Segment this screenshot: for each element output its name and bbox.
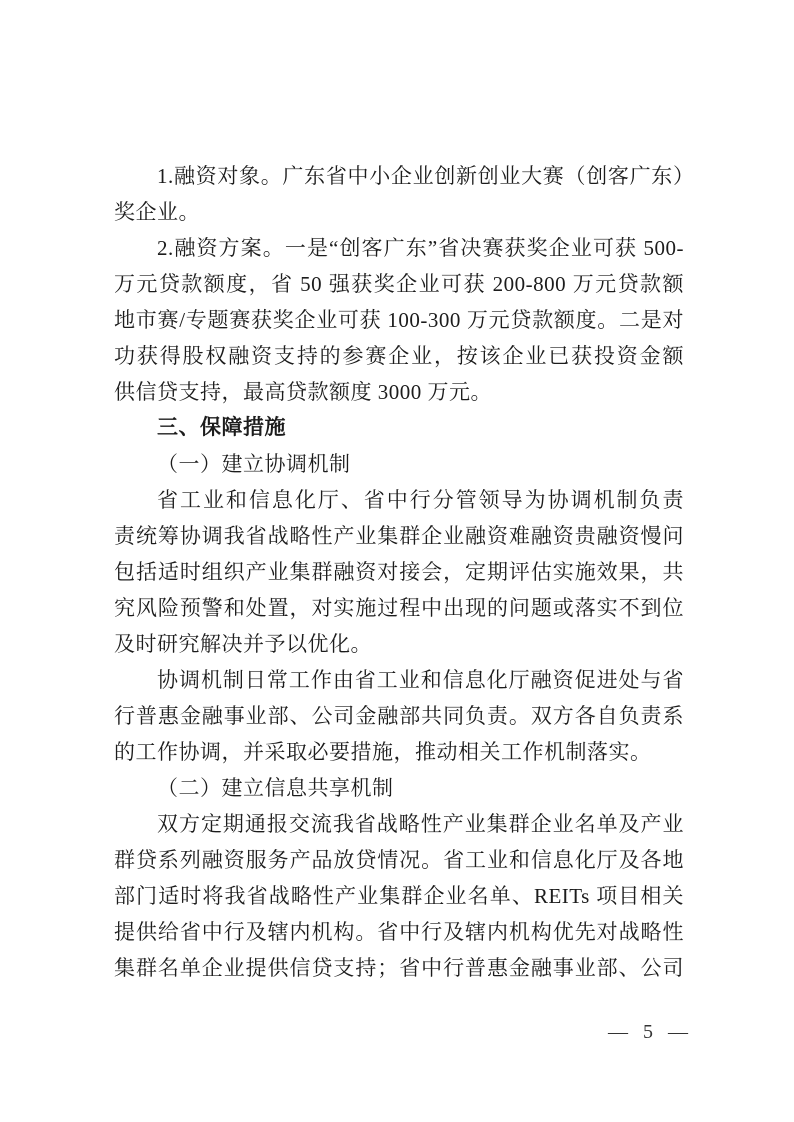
text-line: 群贷系列融资服务产品放贷情况。省工业和信息化厅及各地工信	[114, 842, 684, 878]
text-line: 行普惠金融事业部、公司金融部共同负责。双方各自负责系统内	[114, 698, 684, 734]
text-line: 集群名单企业提供信贷支持；省中行普惠金融事业部、公司金融	[114, 950, 684, 986]
text-line: 究风险预警和处置，对实施过程中出现的问题或落实不到位的，	[114, 590, 684, 626]
text-line: （一）建立协调机制	[114, 446, 684, 482]
text-line: 三、保障措施	[114, 410, 684, 446]
text-line: 双方定期通报交流我省战略性产业集群企业名单及产业集	[114, 806, 684, 842]
text-line: （二）建立信息共享机制	[114, 770, 684, 806]
document-body: 1.融资对象。广东省中小企业创新创业大赛（创客广东）获奖企业。2.融资方案。一是…	[114, 158, 684, 986]
document-page: 1.融资对象。广东省中小企业创新创业大赛（创客广东）获奖企业。2.融资方案。一是…	[0, 0, 794, 1122]
text-line: 及时研究解决并予以优化。	[114, 626, 684, 662]
page-number: — 5 —	[608, 1020, 688, 1044]
text-line: 供信贷支持，最高贷款额度 3000 万元。	[114, 374, 684, 410]
text-line: 部门适时将我省战略性产业集群企业名单、REITs 项目相关信息	[114, 878, 684, 914]
text-line: 2.融资方案。一是“创客广东”省决赛获奖企业可获 500-1000	[114, 230, 684, 266]
text-line: 包括适时组织产业集群融资对接会，定期评估实施效果，共同研	[114, 554, 684, 590]
text-line: 的工作协调，并采取必要措施，推动相关工作机制落实。	[114, 734, 684, 770]
text-line: 省工业和信息化厅、省中行分管领导为协调机制负责人。负	[114, 482, 684, 518]
text-line: 功获得股权融资支持的参赛企业，按该企业已获投资金额 1:1 提	[114, 338, 684, 374]
text-line: 提供给省中行及辖内机构。省中行及辖内机构优先对战略性产业	[114, 914, 684, 950]
text-line: 1.融资对象。广东省中小企业创新创业大赛（创客广东）获	[114, 158, 684, 194]
text-line: 协调机制日常工作由省工业和信息化厅融资促进处与省中	[114, 662, 684, 698]
text-line: 地市赛/专题赛获奖企业可获 100-300 万元贷款额度。二是对成	[114, 302, 684, 338]
text-line: 责统筹协调我省战略性产业集群企业融资难融资贵融资慢问题。	[114, 518, 684, 554]
text-line: 万元贷款额度，省 50 强获奖企业可获 200-800 万元贷款额度，	[114, 266, 684, 302]
text-line: 奖企业。	[114, 194, 684, 230]
